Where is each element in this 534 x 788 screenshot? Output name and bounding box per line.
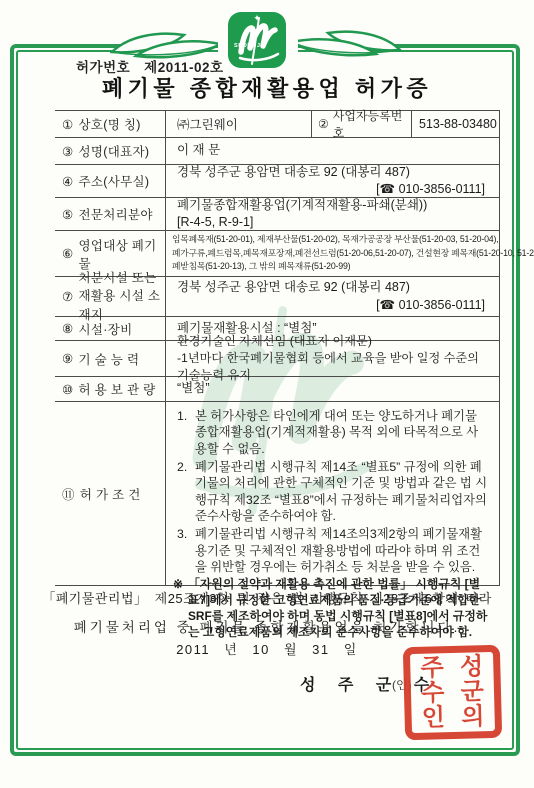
row-label: 처분시설 또는 재활용 시설 소재지: [79, 269, 165, 323]
row-number: ⑪: [62, 485, 75, 503]
table-row-permit-conditions: ⑪ 허 가 조 건 1. 본 허가사항은 타인에게 대여 또는 양도하거나 폐기…: [55, 401, 499, 585]
certificate-table: ① 상호(명 칭) ㈜그린웨이 ② 사업자등록번호 513-88-03480 ③…: [55, 110, 500, 586]
specialty-codes: [R-4-5, R-9-1]: [177, 214, 493, 232]
row-number: ⑧: [62, 321, 74, 336]
table-row-specialty: ⑤ 전문처리분야 폐기물종합재활용업(기계적재활용-파쇄(분쇄)) [R-4-5…: [55, 197, 499, 230]
company-label-cell: ① 상호(명 칭): [55, 111, 165, 137]
row-label: 주소(사무실): [79, 172, 150, 190]
grant-statement: 폐기물처리업 중 폐기물 종합재활용업을 허가합니다.: [0, 616, 534, 636]
row-label: 시설·장비: [79, 320, 133, 338]
legal-basis-line: 「폐기물관리법」 제25조제3항 및 같은 법 시행규칙 제28조제6항에 따라: [0, 588, 534, 607]
row-label: 상호(명 칭): [79, 115, 141, 133]
storage-capacity-value: “별첨”: [177, 380, 493, 398]
row-label: 허 용 보 관 량: [79, 380, 156, 398]
row-label: 영업대상 폐기물: [79, 236, 165, 272]
facility-address: 경북 성주군 용암면 대송로 92 (대봉리 487): [177, 279, 493, 297]
row-number: ⑨: [62, 351, 74, 366]
seal-char: 성: [452, 654, 492, 680]
table-row-representative: ③ 성명(대표자) 이 재 문: [55, 137, 499, 164]
row-number: ②: [318, 117, 329, 131]
table-row-facility-location: ⑦ 처분시설 또는 재활용 시설 소재지 경북 성주군 용암면 대송로 92 (…: [55, 276, 499, 316]
row-label: 성명(대표자): [79, 142, 150, 160]
row-number: ④: [62, 174, 74, 189]
facility-phone: [☎ 010-3856-0111]: [177, 297, 493, 315]
official-red-seal: 성 주 군 수 의 인: [403, 645, 502, 741]
row-number: ⑥: [62, 246, 74, 261]
condition-3-marker: 3.: [177, 526, 195, 575]
facility-label-line1: 처분시설 또는: [79, 271, 157, 285]
office-address: 경북 성주군 용암면 대송로 92 (대봉리 487): [177, 164, 493, 182]
row-number: ⑤: [62, 207, 74, 222]
table-row-storage-capacity: ⑩ 허 용 보 관 량 “별첨”: [55, 376, 499, 401]
table-row-company: ① 상호(명 칭) ㈜그린웨이 ② 사업자등록번호 513-88-03480: [55, 110, 499, 137]
waste-list-line2: 폐가구류,폐드럼목,폐목재포장재,폐전선드럼(51-20-06,51-20-07…: [172, 247, 534, 261]
condition-3-text: 폐기물관리법 시행규칙 제14조의3제2항의 폐기물재활용기준 및 구체적인 재…: [195, 526, 493, 575]
table-row-office-address: ④ 주소(사무실) 경북 성주군 용암면 대송로 92 (대봉리 487) [☎…: [55, 164, 499, 197]
company-name-value: ㈜그린웨이: [165, 111, 311, 137]
business-reg-number-value: 513-88-03480: [411, 111, 499, 137]
row-number: ⑦: [62, 289, 74, 304]
business-reg-label-cell: ② 사업자등록번호: [311, 111, 411, 137]
row-label: 허 가 조 건: [80, 485, 141, 503]
representative-name: 이 재 문: [177, 142, 493, 160]
waste-list-line3: 폐받침목(51-20-13), 그 밖의 폐목재류(51-20-99): [172, 260, 534, 274]
row-label: 사업자등록번호: [333, 107, 411, 141]
seal-char: 수: [413, 680, 453, 706]
row-label: 기 술 능 력: [79, 350, 140, 368]
specialty-line1: 폐기물종합재활용업(기계적재활용-파쇄(분쇄)): [177, 197, 493, 215]
seal-char: 의: [453, 704, 493, 730]
leaf-ornament-right: [290, 26, 402, 62]
document-title: 폐기물 종합재활용업 허가증: [0, 72, 534, 103]
seal-char: 주: [412, 655, 452, 681]
waste-list-line1: 임목폐목재(51-20-01), 제재부산물(51-20-02), 목재가공공장…: [172, 233, 534, 247]
row-number: ③: [62, 144, 74, 159]
condition-1-text: 본 허가사항은 타인에게 대여 또는 양도하거나 폐기물 종합재활용업(기계적재…: [195, 408, 493, 457]
condition-2-marker: 2.: [177, 459, 195, 524]
condition-1-marker: 1.: [177, 408, 195, 457]
logo-text: SEONGJU: [234, 43, 265, 49]
condition-3: 3. 폐기물관리법 시행규칙 제14조의3제2항의 폐기물재활용기준 및 구체적…: [177, 526, 493, 575]
row-number: ①: [62, 117, 74, 132]
condition-2: 2. 폐기물관리법 시행규칙 제14조 “별표5” 규정에 의한 폐기물의 처리…: [177, 459, 493, 524]
seal-char: 인: [413, 705, 453, 731]
sparkle-icon: ✦: [253, 13, 261, 24]
condition-1: 1. 본 허가사항은 타인에게 대여 또는 양도하거나 폐기물 종합재활용업(기…: [177, 408, 493, 457]
seal-char: 군: [452, 679, 492, 705]
tech-line1: 환경기술인 자체선임 (대표자 이재문): [177, 333, 493, 350]
row-number: ⑩: [62, 382, 74, 397]
table-row-technical-ability: ⑨ 기 술 능 력 환경기술인 자체선임 (대표자 이재문) -1년마다 한국폐…: [55, 340, 499, 376]
row-label: 전문처리분야: [79, 205, 153, 223]
condition-2-text: 폐기물관리법 시행규칙 제14조 “별표5” 규정에 의한 폐기물의 처리에 관…: [195, 459, 493, 524]
